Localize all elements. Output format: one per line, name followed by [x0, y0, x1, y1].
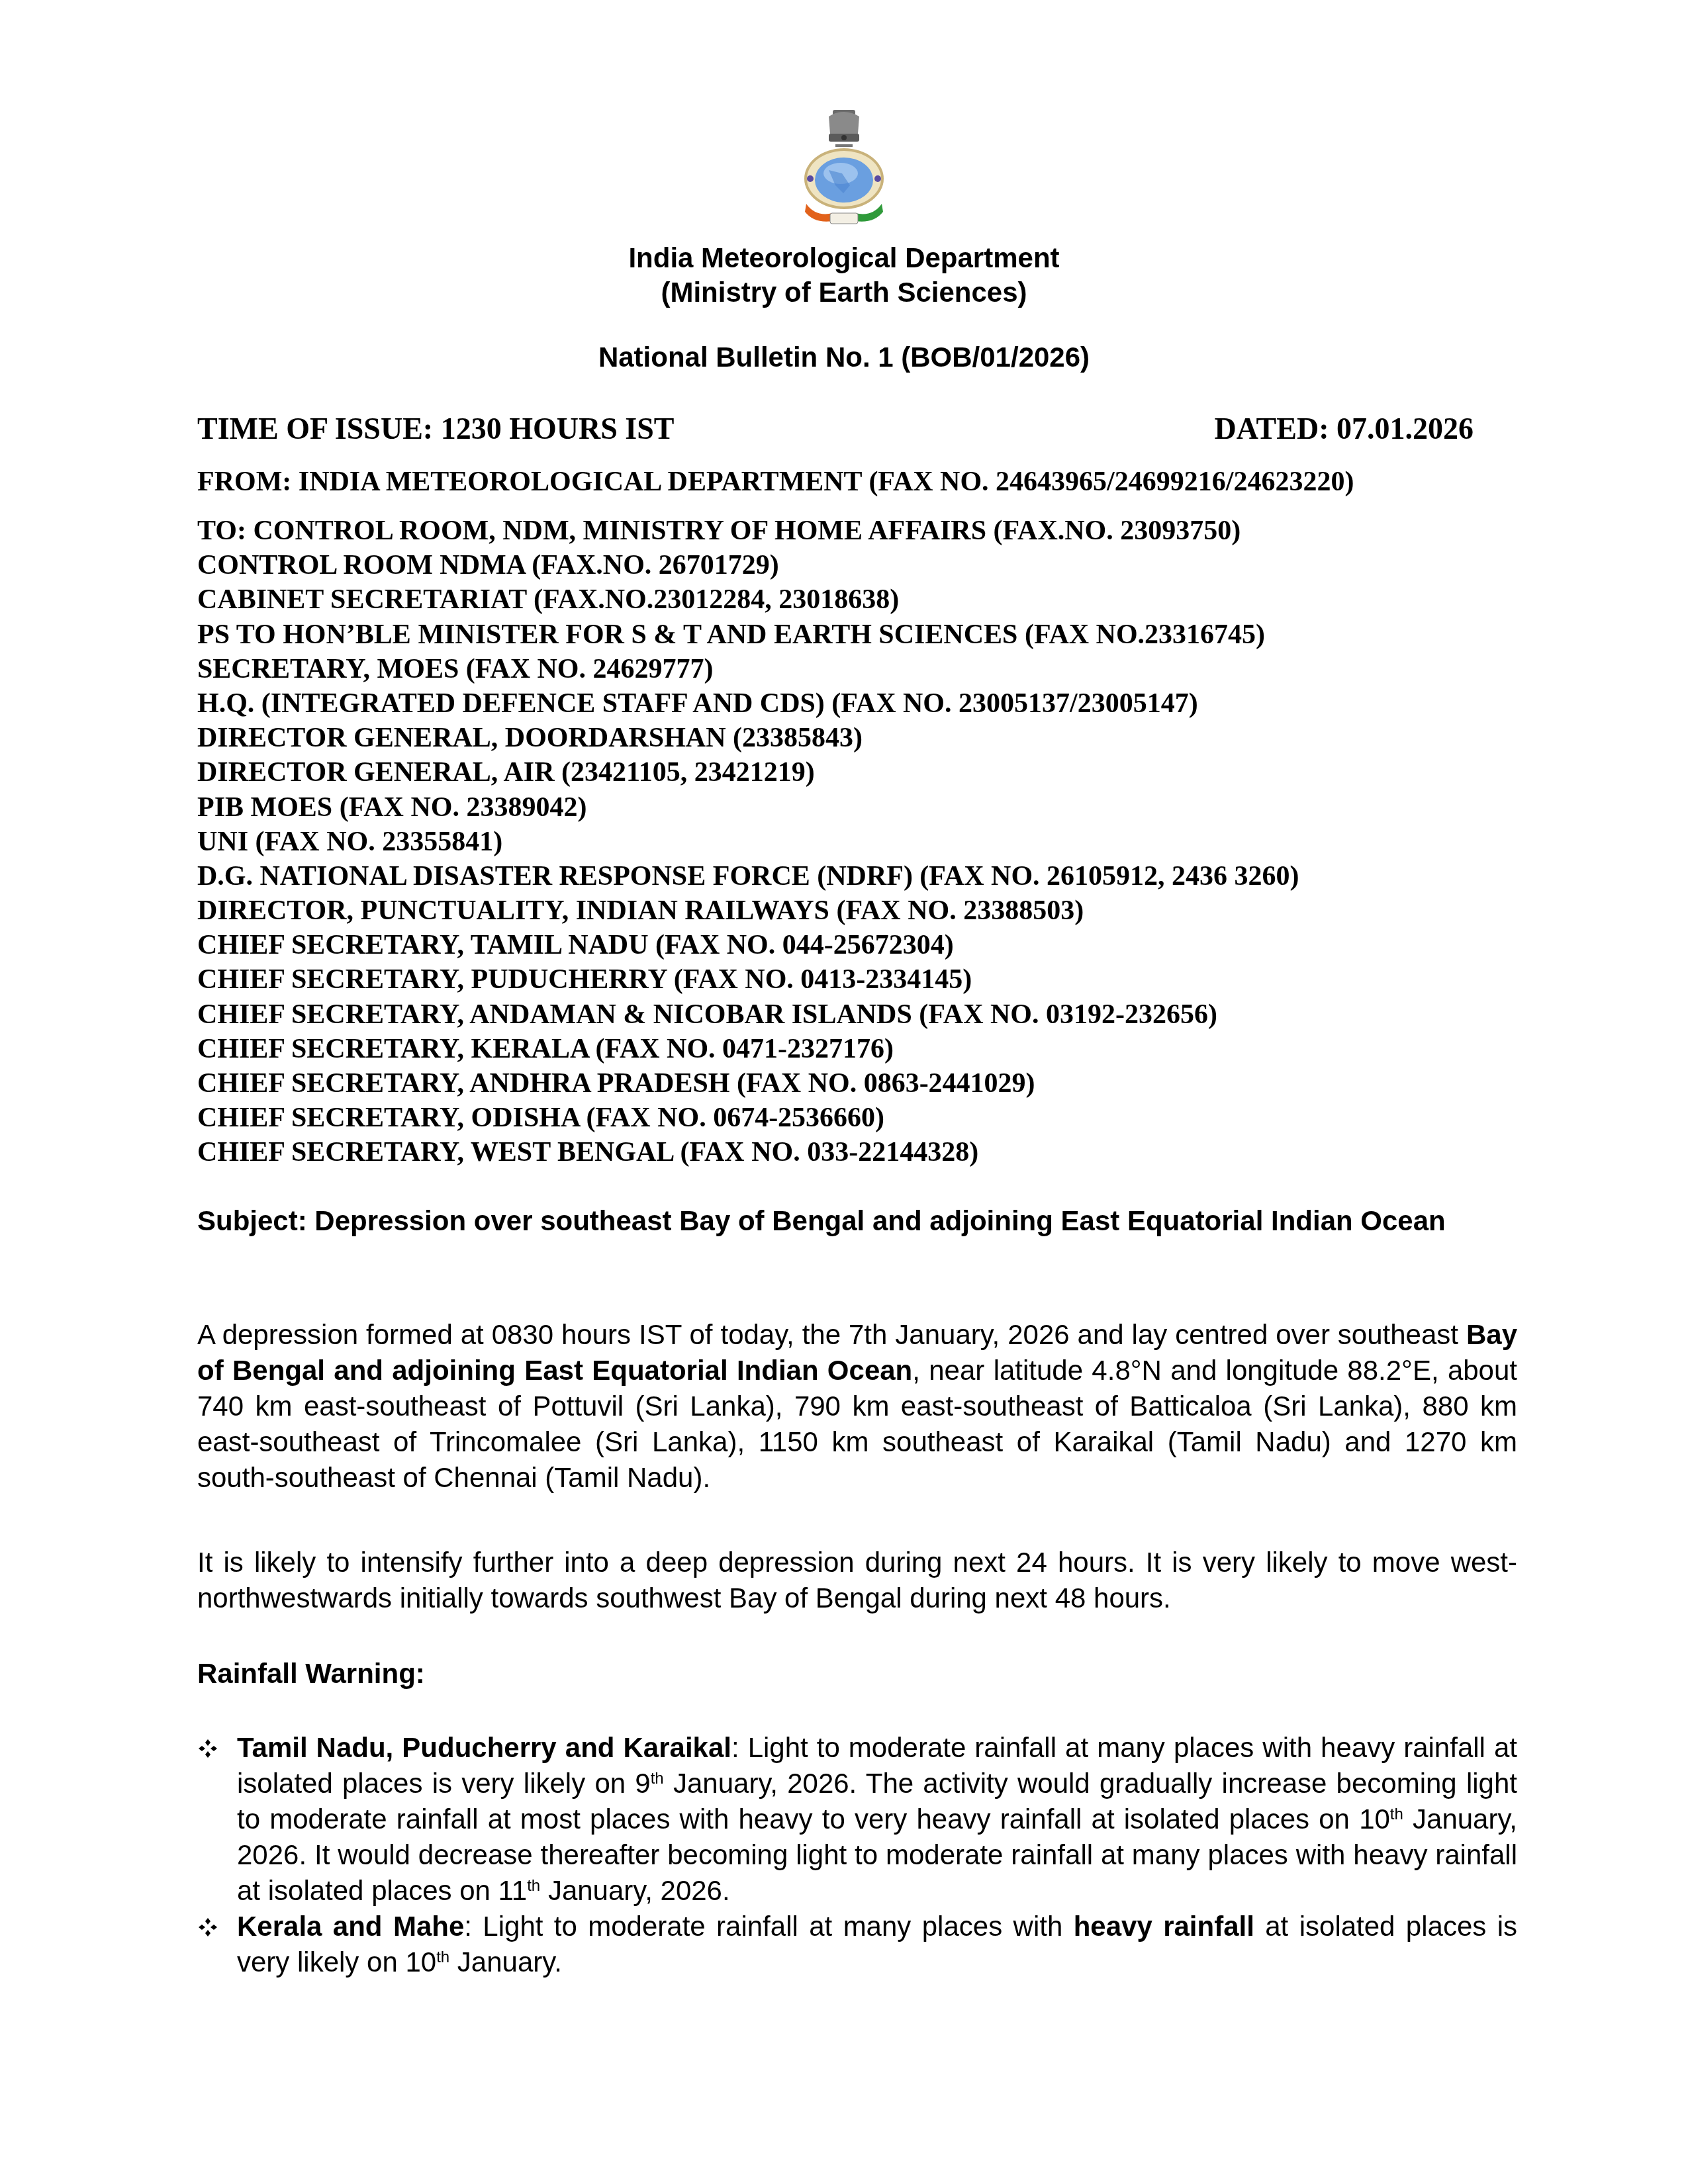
subject-line: Subject: Depression over southeast Bay o… [197, 1203, 1517, 1239]
recipient-line: CABINET SECRETARIAT (FAX.NO.23012284, 23… [197, 582, 1299, 617]
imd-emblem-logo [802, 107, 886, 226]
recipient-line: PS TO HON’BLE MINISTER FOR S & T AND EAR… [197, 617, 1299, 652]
recipient-line: DIRECTOR GENERAL, AIR (23421105, 2342121… [197, 755, 1299, 790]
from-line: FROM: INDIA METEOROLOGICAL DEPARTMENT (F… [197, 465, 1354, 499]
recipient-line: PIB MOES (FAX NO. 23389042) [197, 790, 1299, 825]
ordinal-suffix: th [527, 1877, 540, 1895]
ordinal-suffix: th [651, 1770, 664, 1788]
recipient-line: DIRECTOR GENERAL, DOORDARSHAN (23385843) [197, 721, 1299, 755]
recipient-line: TO: CONTROL ROOM, NDM, MINISTRY OF HOME … [197, 514, 1299, 548]
recipient-list: TO: CONTROL ROOM, NDM, MINISTRY OF HOME … [197, 514, 1299, 1170]
recipient-line: CONTROL ROOM NDMA (FAX.NO. 26701729) [197, 548, 1299, 582]
ministry-name: (Ministry of Earth Sciences) [0, 275, 1688, 310]
forecast-paragraph: It is likely to intensify further into a… [197, 1545, 1517, 1616]
time-of-issue: TIME OF ISSUE: 1230 HOURS IST [197, 410, 674, 447]
warning-bold-text: heavy rainfall [1074, 1911, 1254, 1942]
ordinal-suffix: th [436, 1948, 449, 1966]
bulletin-title: National Bulletin No. 1 (BOB/01/2026) [0, 340, 1688, 375]
rainfall-warning-item: Kerala and Mahe: Light to moderate rainf… [197, 1909, 1517, 1980]
warning-text: January. [449, 1946, 562, 1978]
recipient-line: CHIEF SECRETARY, ODISHA (FAX NO. 0674-25… [197, 1101, 1299, 1135]
recipient-line: CHIEF SECRETARY, TAMIL NADU (FAX NO. 044… [197, 928, 1299, 962]
recipient-line: CHIEF SECRETARY, ANDAMAN & NICOBAR ISLAN… [197, 997, 1299, 1032]
four-diamond-bullet-icon [199, 1739, 217, 1758]
rainfall-warning-heading: Rainfall Warning: [197, 1656, 425, 1692]
organization-name: India Meteorological Department [0, 241, 1688, 275]
rainfall-warning-item: Tamil Nadu, Puducherry and Karaikal: Lig… [197, 1730, 1517, 1909]
warning-text: : Light to moderate rainfall at many pla… [464, 1911, 1073, 1942]
paragraph-text: A depression formed at 0830 hours IST of… [197, 1319, 1466, 1350]
issue-date: DATED: 07.01.2026 [1215, 410, 1474, 447]
four-diamond-bullet-icon [199, 1918, 217, 1936]
warning-text: January, 2026. [540, 1875, 729, 1906]
rainfall-warning-list: Tamil Nadu, Puducherry and Karaikal: Lig… [197, 1730, 1517, 1980]
recipient-line: DIRECTOR, PUNCTUALITY, INDIAN RAILWAYS (… [197, 893, 1299, 928]
ordinal-suffix: th [1390, 1805, 1403, 1823]
region-name: Kerala and Mahe [237, 1911, 464, 1942]
recipient-line: UNI (FAX NO. 23355841) [197, 825, 1299, 859]
recipient-line: SECRETARY, MOES (FAX NO. 24629777) [197, 652, 1299, 686]
depression-location-paragraph: A depression formed at 0830 hours IST of… [197, 1317, 1517, 1496]
recipient-line: CHIEF SECRETARY, PUDUCHERRY (FAX NO. 041… [197, 962, 1299, 997]
region-name: Tamil Nadu, Puducherry and Karaikal [237, 1732, 731, 1763]
recipient-line: D.G. NATIONAL DISASTER RESPONSE FORCE (N… [197, 859, 1299, 893]
recipient-line: CHIEF SECRETARY, KERALA (FAX NO. 0471-23… [197, 1032, 1299, 1066]
bulletin-page: India Meteorological Department (Ministr… [0, 0, 1688, 2184]
recipient-line: CHIEF SECRETARY, WEST BENGAL (FAX NO. 03… [197, 1135, 1299, 1169]
recipient-line: CHIEF SECRETARY, ANDHRA PRADESH (FAX NO.… [197, 1066, 1299, 1101]
issue-row: TIME OF ISSUE: 1230 HOURS IST DATED: 07.… [197, 410, 1474, 447]
recipient-line: H.Q. (INTEGRATED DEFENCE STAFF AND CDS) … [197, 686, 1299, 721]
